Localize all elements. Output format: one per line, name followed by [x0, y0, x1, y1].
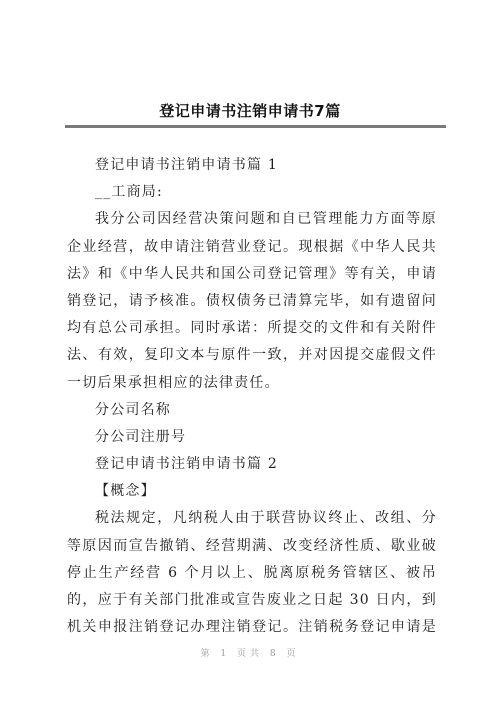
- section-heading-2: 登记申请书注销申请书篇 2: [67, 451, 437, 478]
- field-label-branch-name: 分公司名称: [67, 397, 437, 424]
- page-title: 登记申请书注销申请书7篇: [0, 100, 500, 121]
- paragraph-line: 法、有效，复印文本与原件一致，并对因提交虚假文件所引发的: [67, 342, 437, 369]
- page-footer: 第 1 页共 8 页: [0, 646, 500, 659]
- paragraph-line: 我分公司因经营决策问题和自已管理能力方面等原因，停止: [67, 206, 437, 233]
- salutation: __工商局:: [67, 179, 437, 206]
- subheading-concept: 【概念】: [67, 478, 437, 505]
- paragraph-line: 停止生产经营 6 个月以上、脱离原税务管辖区、被吊销营业执照: [67, 560, 437, 587]
- paragraph-line: 的，应于有关部门批准或宣告废业之日起 30 日内，到主管税务: [67, 587, 437, 614]
- paragraph-line: 法》和《中华人民共和国公司登记管理》等有关，申请分公司注: [67, 261, 437, 288]
- paragraph-line: 均有总公司承担。同时承诺：所提交的文件和有关附件真实、合: [67, 315, 437, 342]
- paragraph-line: 机关申报注销登记办理注销登记。注销税务登记申请是办理注销: [67, 614, 437, 641]
- paragraph-line: 税法规定，凡纳税人由于联营协议终止、改组、分设、合并: [67, 505, 437, 532]
- document-body: 登记申请书注销申请书篇 1 __工商局: 我分公司因经营决策问题和自已管理能力方…: [67, 152, 437, 641]
- paragraph-line: 销登记，请予核准。债权债务已清算完毕，如有遗留问题，一切: [67, 288, 437, 315]
- section-heading-1: 登记申请书注销申请书篇 1: [67, 152, 437, 179]
- header-divider: [65, 125, 446, 128]
- paragraph-line: 等原因而宣告撤销、经营期满、改变经济性质、歇业破产和自行: [67, 533, 437, 560]
- paragraph-line: 一切后果承担相应的法律责任。: [67, 370, 437, 397]
- paragraph-line: 企业经营，故申请注销营业登记。现根据《中华人民共和国公司: [67, 234, 437, 261]
- field-label-branch-registration-no: 分公司注册号: [67, 424, 437, 451]
